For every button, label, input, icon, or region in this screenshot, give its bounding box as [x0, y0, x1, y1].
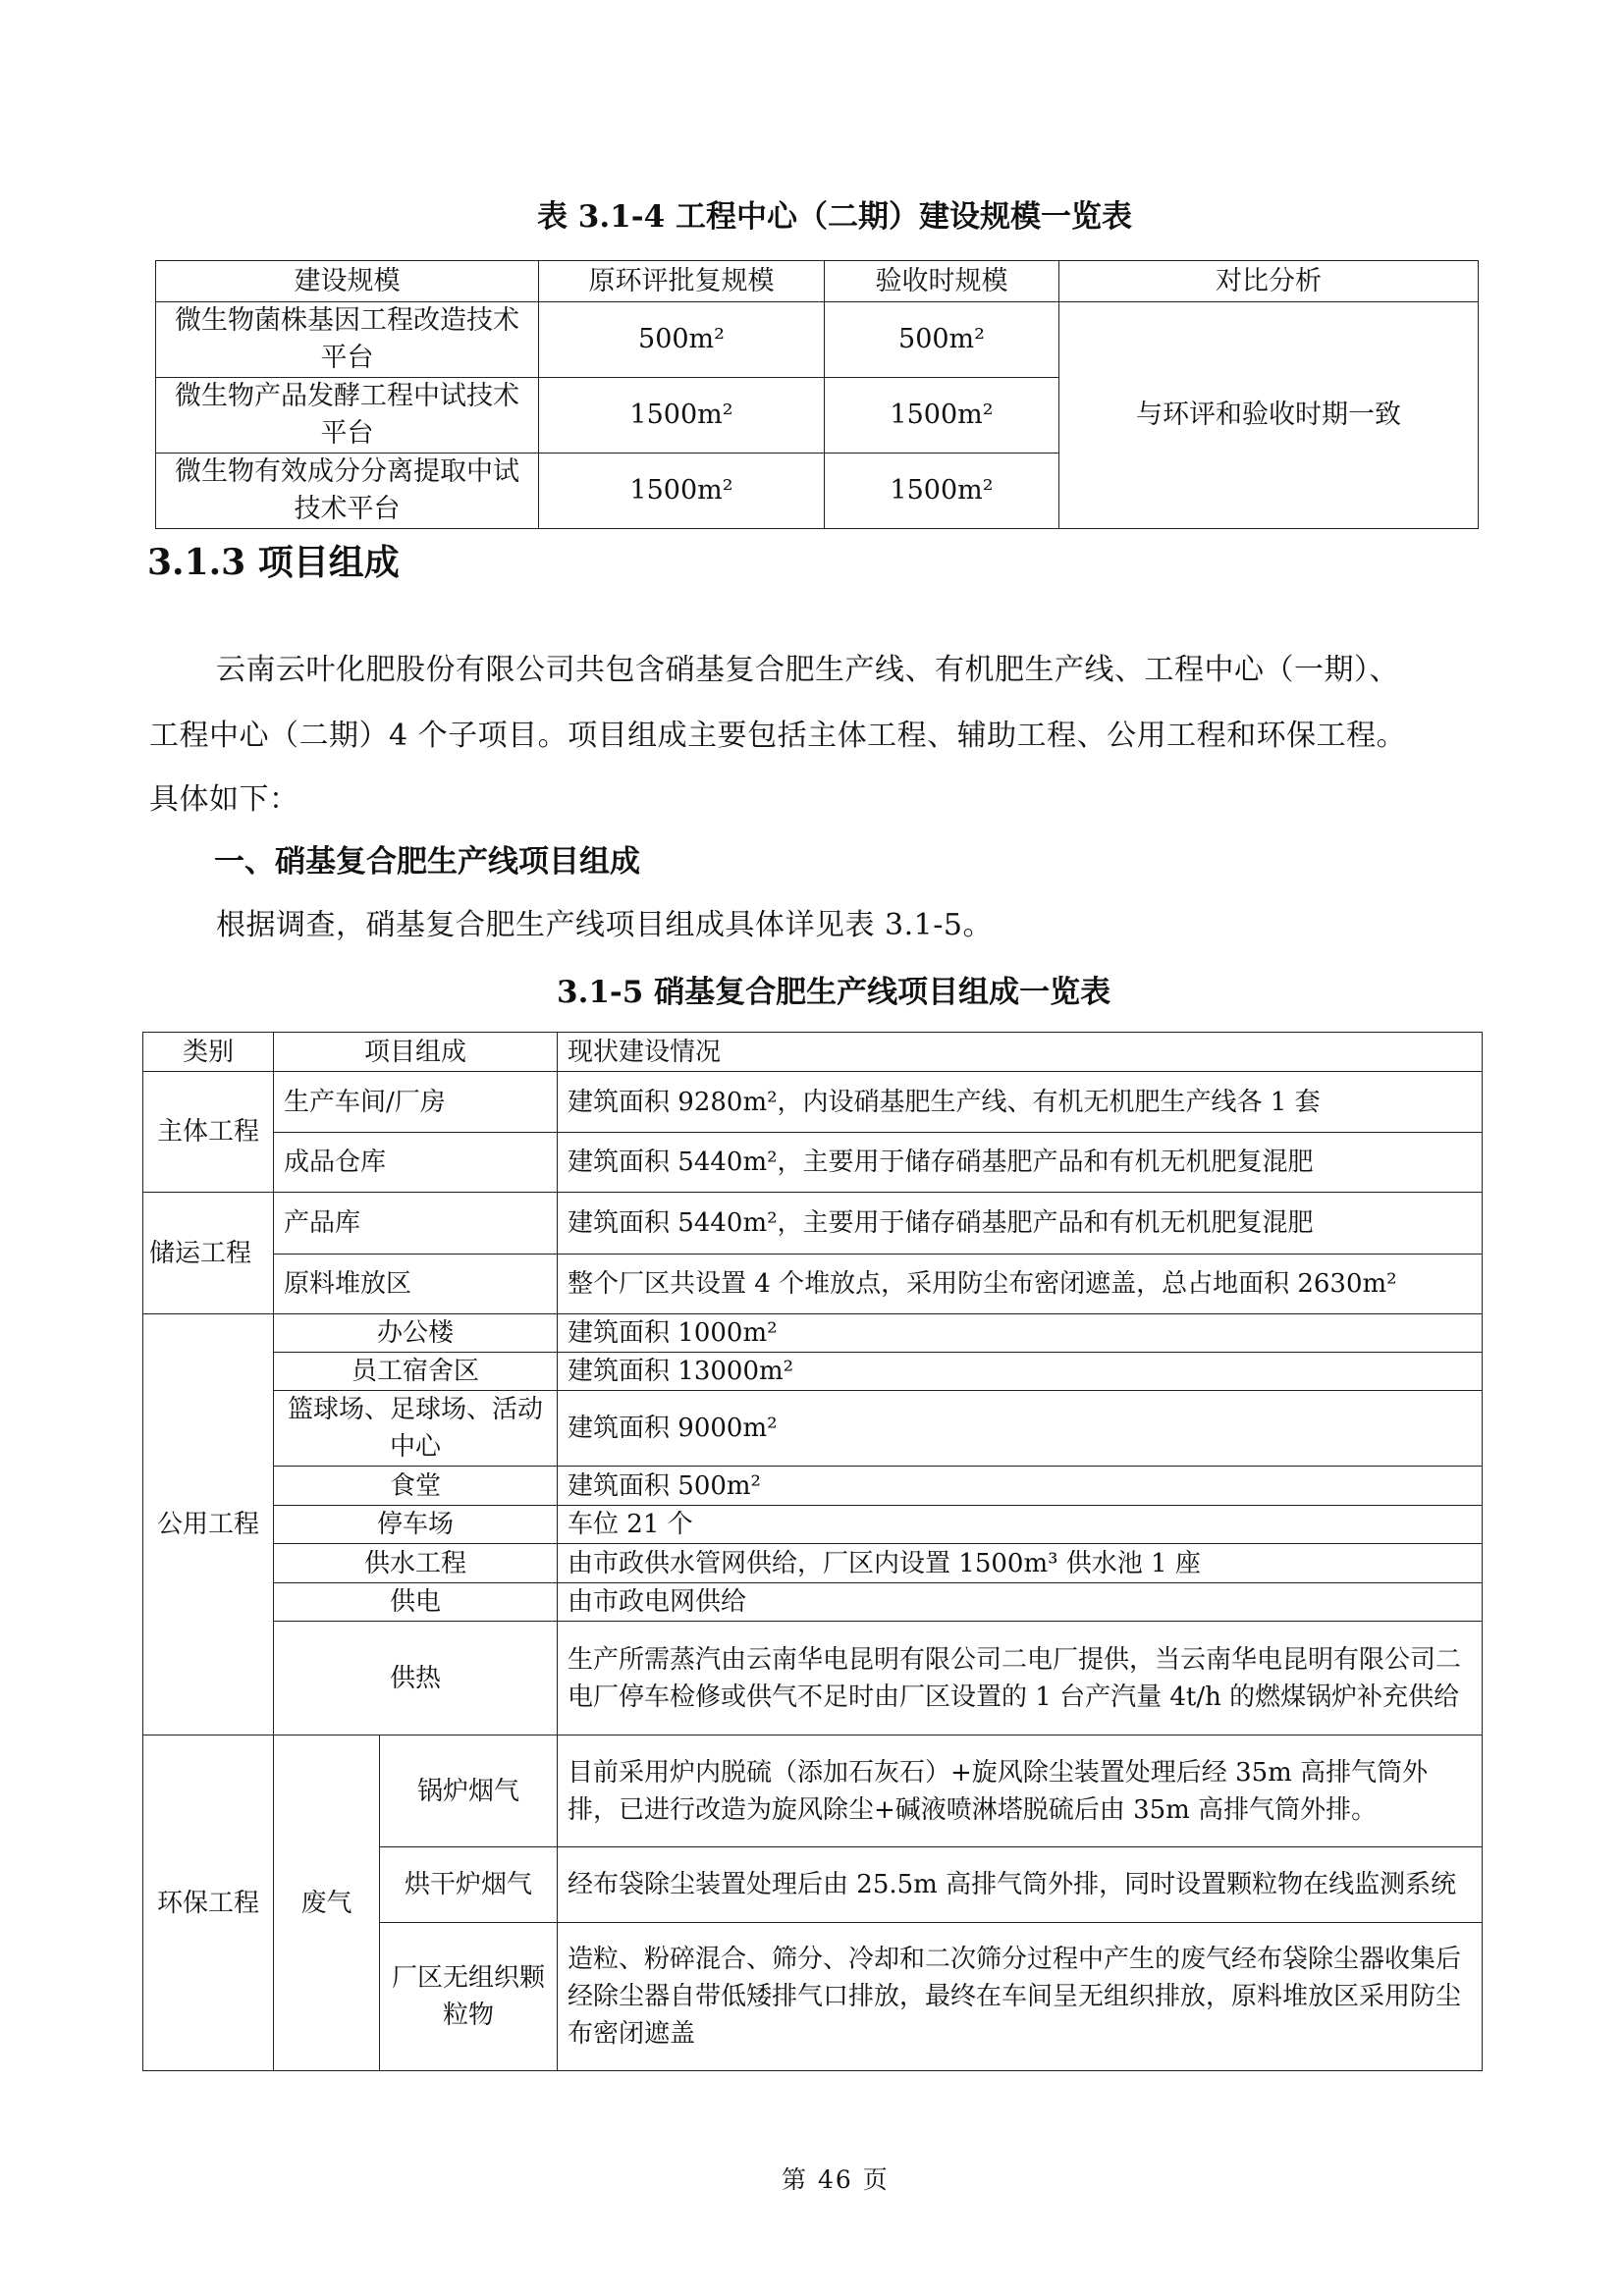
item-cell: 供水工程 [274, 1544, 558, 1583]
status-cell: 由市政供水管网供给，厂区内设置 1500m³ 供水池 1 座 [558, 1544, 1483, 1583]
status-cell: 建筑面积 9000m² [558, 1391, 1483, 1467]
item-cell: 篮球场、足球场、活动中心 [274, 1391, 558, 1467]
status-cell: 建筑面积 5440m²，主要用于储存硝基肥产品和有机无机肥复混肥 [558, 1133, 1483, 1193]
table-row: 微生物菌株基因工程改造技术平台 500m² 500m² 与环评和验收时期一致 [156, 302, 1479, 378]
table-reference-text: 根据调查，硝基复合肥生产线项目组成具体详见表 3.1-5。 [216, 911, 993, 940]
status-cell: 整个厂区共设置 4 个堆放点，采用防尘布密闭遮盖，总占地面积 2630m² [558, 1255, 1483, 1314]
status-cell: 建筑面积 500m² [558, 1467, 1483, 1506]
table-3-1-4-caption: 表 3.1-4 工程中心（二期）建设规模一览表 [537, 202, 1132, 233]
item-cell: 停车场 [274, 1506, 558, 1544]
section-heading: 3.1.3 项目组成 [147, 545, 400, 580]
item-cell: 厂区无组织颗粒物 [380, 1923, 558, 2071]
table-row: 主体工程 生产车间/厂房 建筑面积 9280m²，内设硝基肥生产线、有机无机肥生… [143, 1072, 1483, 1133]
header-cell: 建设规模 [156, 261, 539, 302]
status-cell: 建筑面积 9280m²，内设硝基肥生产线、有机无机肥生产线各 1 套 [558, 1072, 1483, 1133]
paragraph-line: 具体如下： [149, 785, 299, 815]
item-cell: 原料堆放区 [274, 1255, 558, 1314]
status-cell: 建筑面积 5440m²，主要用于储存硝基肥产品和有机无机肥复混肥 [558, 1193, 1483, 1255]
item-cell: 锅炉烟气 [380, 1735, 558, 1847]
status-cell: 由市政电网供给 [558, 1583, 1483, 1622]
accepted-scale-cell: 500m² [825, 302, 1059, 378]
item-cell: 供电 [274, 1583, 558, 1622]
table-row: 供水工程 由市政供水管网供给，厂区内设置 1500m³ 供水池 1 座 [143, 1544, 1483, 1583]
table-header-row: 建设规模 原环评批复规模 验收时规模 对比分析 [156, 261, 1479, 302]
header-cell: 原环评批复规模 [539, 261, 825, 302]
item-cell: 食堂 [274, 1467, 558, 1506]
item-cell: 办公楼 [274, 1314, 558, 1353]
table-row: 员工宿舍区 建筑面积 13000m² [143, 1353, 1483, 1391]
approved-scale-cell: 1500m² [539, 378, 825, 454]
category-cell: 公用工程 [143, 1314, 274, 1735]
table-row: 储运工程 产品库 建筑面积 5440m²，主要用于储存硝基肥产品和有机无机肥复混… [143, 1193, 1483, 1255]
status-cell: 建筑面积 13000m² [558, 1353, 1483, 1391]
item-cell: 生产车间/厂房 [274, 1072, 558, 1133]
header-cell: 验收时规模 [825, 261, 1059, 302]
item-cell: 烘干炉烟气 [380, 1847, 558, 1923]
header-cell: 对比分析 [1059, 261, 1479, 302]
item-cell: 成品仓库 [274, 1133, 558, 1193]
table-row: 环保工程 废气 锅炉烟气 目前采用炉内脱硫（添加石灰石）+旋风除尘装置处理后经 … [143, 1735, 1483, 1847]
category-cell: 储运工程 [143, 1193, 274, 1314]
accepted-scale-cell: 1500m² [825, 454, 1059, 529]
platform-name-cell: 微生物产品发酵工程中试技术平台 [156, 378, 539, 454]
table-row: 食堂 建筑面积 500m² [143, 1467, 1483, 1506]
header-cell: 类别 [143, 1033, 274, 1072]
table-row: 篮球场、足球场、活动中心 建筑面积 9000m² [143, 1391, 1483, 1467]
platform-name-cell: 微生物菌株基因工程改造技术平台 [156, 302, 539, 378]
accepted-scale-cell: 1500m² [825, 378, 1059, 454]
platform-name-cell: 微生物有效成分分离提取中试技术平台 [156, 454, 539, 529]
table-row: 供电 由市政电网供给 [143, 1583, 1483, 1622]
status-cell: 车位 21 个 [558, 1506, 1483, 1544]
status-cell: 造粒、粉碎混合、筛分、冷却和二次筛分过程中产生的废气经布袋除尘器收集后经除尘器自… [558, 1923, 1483, 2071]
category-cell: 主体工程 [143, 1072, 274, 1193]
subcategory-cell: 废气 [274, 1735, 380, 2071]
table-3-1-5: 类别 项目组成 现状建设情况 主体工程 生产车间/厂房 建筑面积 9280m²，… [142, 1032, 1483, 2071]
header-cell: 现状建设情况 [558, 1033, 1483, 1072]
status-cell: 生产所需蒸汽由云南华电昆明有限公司二电厂提供，当云南华电昆明有限公司二电厂停车检… [558, 1622, 1483, 1735]
subsection-heading: 一、硝基复合肥生产线项目组成 [214, 847, 640, 878]
table-3-1-4: 建设规模 原环评批复规模 验收时规模 对比分析 微生物菌株基因工程改造技术平台 … [155, 260, 1479, 529]
table-row: 原料堆放区 整个厂区共设置 4 个堆放点，采用防尘布密闭遮盖，总占地面积 263… [143, 1255, 1483, 1314]
status-cell: 经布袋除尘装置处理后由 25.5m 高排气筒外排，同时设置颗粒物在线监测系统 [558, 1847, 1483, 1923]
item-cell: 产品库 [274, 1193, 558, 1255]
paragraph-line: 工程中心（二期）4 个子项目。项目组成主要包括主体工程、辅助工程、公用工程和环保… [149, 721, 1406, 751]
status-cell: 建筑面积 1000m² [558, 1314, 1483, 1353]
item-cell: 员工宿舍区 [274, 1353, 558, 1391]
status-cell: 目前采用炉内脱硫（添加石灰石）+旋风除尘装置处理后经 35m 高排气筒外排，已进… [558, 1735, 1483, 1847]
comparison-cell: 与环评和验收时期一致 [1059, 302, 1479, 529]
table-row: 停车场 车位 21 个 [143, 1506, 1483, 1544]
page-number: 第 46 页 [782, 2167, 890, 2192]
header-cell: 项目组成 [274, 1033, 558, 1072]
table-3-1-5-caption: 3.1-5 硝基复合肥生产线项目组成一览表 [557, 978, 1110, 1008]
category-cell: 环保工程 [143, 1735, 274, 2071]
approved-scale-cell: 500m² [539, 302, 825, 378]
table-row: 成品仓库 建筑面积 5440m²，主要用于储存硝基肥产品和有机无机肥复混肥 [143, 1133, 1483, 1193]
item-cell: 供热 [274, 1622, 558, 1735]
table-row: 公用工程 办公楼 建筑面积 1000m² [143, 1314, 1483, 1353]
table-header-row: 类别 项目组成 现状建设情况 [143, 1033, 1483, 1072]
table-row: 供热 生产所需蒸汽由云南华电昆明有限公司二电厂提供，当云南华电昆明有限公司二电厂… [143, 1622, 1483, 1735]
approved-scale-cell: 1500m² [539, 454, 825, 529]
paragraph-line: 云南云叶化肥股份有限公司共包含硝基复合肥生产线、有机肥生产线、工程中心（一期）、 [216, 656, 1399, 685]
